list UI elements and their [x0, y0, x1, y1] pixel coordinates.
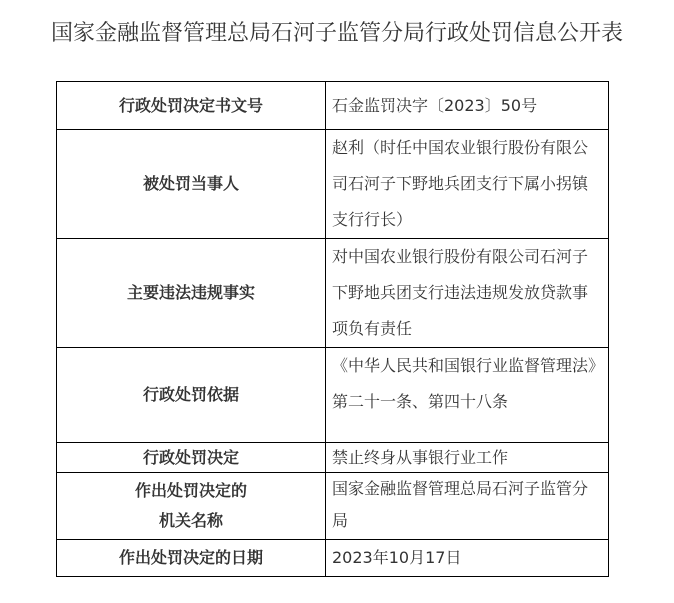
row-value-authority-name: 国家金融监督管理总局石河子监管分局: [326, 473, 609, 540]
row-value-penalized-party: 赵利（时任中国农业银行股份有限公司石河子下野地兵团支行下属小拐镇支行行长）: [326, 130, 609, 239]
row-value-decision-date: 2023年10月17日: [326, 540, 609, 577]
table-row: 行政处罚依据 《中华人民共和国银行业监督管理法》第二十一条、第四十八条: [57, 348, 609, 443]
row-label-authority-name: 作出处罚决定的 机关名称: [57, 473, 326, 540]
table-row: 作出处罚决定的 机关名称 国家金融监督管理总局石河子监管分局: [57, 473, 609, 540]
table-row: 被处罚当事人 赵利（时任中国农业银行股份有限公司石河子下野地兵团支行下属小拐镇支…: [57, 130, 609, 239]
label-line-1: 作出处罚决定的: [57, 476, 325, 506]
row-label-penalty-decision: 行政处罚决定: [57, 443, 326, 473]
row-label-penalized-party: 被处罚当事人: [57, 130, 326, 239]
row-label-main-violations: 主要违法违规事实: [57, 239, 326, 348]
row-label-legal-basis: 行政处罚依据: [57, 348, 326, 443]
table-row: 作出处罚决定的日期 2023年10月17日: [57, 540, 609, 577]
penalty-info-table: 行政处罚决定书文号 石金监罚决字〔2023〕50号 被处罚当事人 赵利（时任中国…: [56, 81, 609, 577]
row-label-decision-number: 行政处罚决定书文号: [57, 82, 326, 130]
table-row: 主要违法违规事实 对中国农业银行股份有限公司石河子下野地兵团支行违法违规发放贷款…: [57, 239, 609, 348]
table-row: 行政处罚决定 禁止终身从事银行业工作: [57, 443, 609, 473]
row-value-main-violations: 对中国农业银行股份有限公司石河子下野地兵团支行违法违规发放贷款事项负有责任: [326, 239, 609, 348]
row-label-decision-date: 作出处罚决定的日期: [57, 540, 326, 577]
row-value-legal-basis: 《中华人民共和国银行业监督管理法》第二十一条、第四十八条: [326, 348, 609, 443]
table-row: 行政处罚决定书文号 石金监罚决字〔2023〕50号: [57, 82, 609, 130]
row-value-penalty-decision: 禁止终身从事银行业工作: [326, 443, 609, 473]
row-value-decision-number: 石金监罚决字〔2023〕50号: [326, 82, 609, 130]
label-line-2: 机关名称: [57, 506, 325, 536]
page-title: 国家金融监督管理总局石河子监管分局行政处罚信息公开表: [0, 14, 674, 54]
